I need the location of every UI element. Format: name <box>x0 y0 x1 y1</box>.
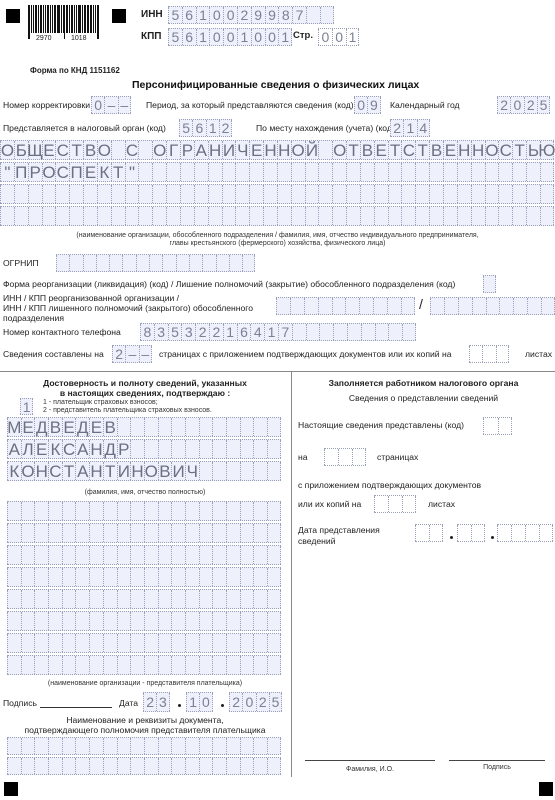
field-cell: – <box>139 346 152 362</box>
field-cell <box>21 568 35 586</box>
ogrnip-field[interactable] <box>56 254 255 272</box>
officer-signature-line[interactable] <box>449 760 545 761</box>
field-cell <box>158 590 172 608</box>
field-cell: 2 <box>219 120 232 136</box>
field-cell: В <box>429 141 443 159</box>
representative-name-row[interactable] <box>7 655 281 675</box>
pages-mid-label: страницах с приложением подтверждающих д… <box>159 350 452 360</box>
field-cell <box>111 185 125 203</box>
field-cell <box>158 758 172 774</box>
representative-name-row[interactable] <box>7 567 281 587</box>
reorg-inn-field[interactable] <box>276 297 415 315</box>
field-cell <box>443 185 457 203</box>
field-cell <box>212 634 226 652</box>
field-cell: В <box>158 462 172 480</box>
field-cell <box>62 634 76 652</box>
field-cell <box>222 163 236 181</box>
signer-name-row[interactable]: МЕДВЕДЕВ <box>7 417 281 437</box>
field-cell <box>130 758 144 774</box>
field-cell <box>235 207 249 225</box>
field-cell <box>171 590 185 608</box>
field-cell <box>144 758 158 774</box>
field-cell: С <box>62 440 76 458</box>
field-cell <box>75 590 89 608</box>
correction-number-field[interactable]: 0–– <box>91 96 131 114</box>
field-cell: О <box>42 163 56 181</box>
field-cell <box>117 524 131 542</box>
field-cell <box>158 546 172 564</box>
field-cell <box>111 141 125 159</box>
field-cell <box>497 525 511 541</box>
representative-name-row[interactable] <box>7 545 281 565</box>
field-cell: А <box>75 440 89 458</box>
field-cell: Т <box>388 141 402 159</box>
field-cell <box>185 612 199 630</box>
calendar-year-field[interactable]: 2025 <box>497 96 550 114</box>
field-cell <box>291 163 305 181</box>
field-cell <box>539 525 553 541</box>
field-cell <box>444 298 458 314</box>
field-cell <box>240 612 254 630</box>
field-cell: С <box>55 141 69 159</box>
field-cell <box>69 207 83 225</box>
field-cell <box>199 418 213 436</box>
field-cell <box>212 738 226 754</box>
field-cell: 0 <box>510 97 523 113</box>
period-code-field[interactable]: 09 <box>354 96 381 114</box>
kpp-label: КПП <box>141 31 161 43</box>
field-cell <box>117 568 131 586</box>
field-cell <box>75 738 89 754</box>
field-cell <box>62 568 76 586</box>
field-cell: Е <box>34 440 48 458</box>
field-cell <box>267 738 281 754</box>
field-cell: 0 <box>209 7 223 23</box>
reorg-kpp-field[interactable] <box>430 297 555 315</box>
field-cell <box>149 255 162 271</box>
field-cell <box>117 634 131 652</box>
field-cell <box>62 502 76 520</box>
field-cell <box>199 440 213 458</box>
field-cell <box>171 758 185 774</box>
field-cell: Е <box>42 141 56 159</box>
field-cell: " <box>125 163 139 181</box>
field-cell <box>185 656 199 674</box>
field-cell <box>62 758 76 774</box>
field-cell <box>144 418 158 436</box>
field-cell: 5 <box>168 29 182 45</box>
field-cell: 5 <box>168 7 182 23</box>
field-cell <box>304 298 318 314</box>
field-cell <box>75 612 89 630</box>
field-cell <box>194 163 208 181</box>
barcode-number-right: 1018 <box>71 35 87 42</box>
field-cell <box>7 612 21 630</box>
corner-marker-top-left <box>6 9 20 23</box>
sheets-received-field[interactable] <box>374 495 416 513</box>
field-cell <box>48 546 62 564</box>
field-cell: 2 <box>237 7 251 23</box>
field-cell <box>526 207 540 225</box>
field-cell <box>117 502 131 520</box>
field-cell: 0 <box>318 29 332 45</box>
field-cell <box>267 418 281 436</box>
barcode-bar <box>87 5 88 33</box>
correction-label: Номер корректировки <box>3 101 90 111</box>
field-cell <box>28 207 42 225</box>
field-cell <box>152 207 166 225</box>
field-cell <box>249 185 263 203</box>
field-cell <box>332 298 346 314</box>
field-cell <box>415 525 429 541</box>
tax-authority-code-field[interactable]: 5612 <box>179 119 232 137</box>
field-cell <box>117 418 131 436</box>
date-separator-dot <box>450 536 453 539</box>
field-cell <box>292 324 306 340</box>
field-cell: В <box>48 418 62 436</box>
field-cell <box>199 568 213 586</box>
field-cell <box>540 163 554 181</box>
sheets-received-label: листах <box>428 500 455 510</box>
reorg-form-code-field[interactable] <box>483 275 496 293</box>
field-cell <box>125 207 139 225</box>
field-cell <box>176 255 189 271</box>
barcode-bar <box>74 5 75 33</box>
field-cell <box>75 546 89 564</box>
field-cell <box>34 546 48 564</box>
field-cell <box>117 656 131 674</box>
field-cell <box>347 324 361 340</box>
field-cell <box>158 656 172 674</box>
barcode-bar <box>84 5 86 33</box>
pages-received-field[interactable] <box>324 448 366 466</box>
field-cell: 2 <box>390 120 403 136</box>
field-cell <box>471 207 485 225</box>
representative-name-row[interactable] <box>7 501 281 521</box>
field-cell <box>144 524 158 542</box>
field-cell <box>7 590 21 608</box>
field-cell <box>158 612 172 630</box>
field-cell <box>103 656 117 674</box>
field-cell <box>240 502 254 520</box>
field-cell: О <box>291 141 305 159</box>
field-cell <box>277 185 291 203</box>
field-cell <box>130 656 144 674</box>
field-cell <box>199 634 213 652</box>
field-cell <box>226 462 240 480</box>
field-cell <box>212 568 226 586</box>
kpp-field[interactable]: 561001001 <box>168 28 292 46</box>
field-cell <box>69 185 83 203</box>
field-cell <box>83 255 96 271</box>
phone-field[interactable]: 83532216417 <box>140 323 416 341</box>
field-cell <box>21 524 35 542</box>
field-cell <box>540 185 554 203</box>
field-cell <box>240 462 254 480</box>
field-cell <box>263 163 277 181</box>
field-cell: 0 <box>354 97 367 113</box>
field-cell: К <box>7 462 21 480</box>
field-cell <box>415 163 429 181</box>
field-cell <box>62 590 76 608</box>
field-cell <box>158 502 172 520</box>
field-cell <box>117 738 131 754</box>
date-month-field[interactable]: 10 <box>186 692 213 712</box>
field-cell <box>253 634 267 652</box>
field-cell <box>0 207 14 225</box>
field-cell <box>429 525 443 541</box>
field-cell <box>226 418 240 436</box>
field-cell <box>56 255 69 271</box>
field-cell <box>185 634 199 652</box>
representative-name-row[interactable] <box>7 523 281 543</box>
field-cell: Н <box>34 462 48 480</box>
field-cell <box>512 207 526 225</box>
field-cell: Н <box>457 141 471 159</box>
attach-label-2: или их копий на <box>298 500 361 510</box>
field-cell: 2 <box>256 693 269 711</box>
field-cell <box>240 590 254 608</box>
signer-code-field[interactable]: 1 <box>20 398 33 415</box>
field-cell <box>471 525 485 541</box>
date-day-field[interactable]: 23 <box>143 692 170 712</box>
field-cell: Т <box>111 163 125 181</box>
field-cell: Д <box>34 418 48 436</box>
field-cell <box>21 738 35 754</box>
field-cell: Р <box>117 440 131 458</box>
signer-name-row[interactable]: АЛЕКСАНДР <box>7 439 281 459</box>
field-cell <box>443 207 457 225</box>
field-cell <box>109 255 122 271</box>
field-cell <box>415 185 429 203</box>
field-cell <box>429 185 443 203</box>
field-cell: К <box>97 163 111 181</box>
barcode-bar <box>57 5 60 33</box>
field-cell <box>199 524 213 542</box>
representative-name-row[interactable] <box>7 633 281 653</box>
barcode-bar <box>54 5 56 33</box>
field-cell: Ч <box>185 462 199 480</box>
field-cell <box>83 207 97 225</box>
field-cell: Й <box>305 141 319 159</box>
field-cell <box>267 546 281 564</box>
field-cell: 2 <box>497 97 510 113</box>
submission-year-field[interactable] <box>497 524 553 542</box>
field-cell <box>486 298 500 314</box>
field-cell <box>14 207 28 225</box>
field-cell <box>130 738 144 754</box>
organization-name-row[interactable]: ОБЩЕСТВОСОГРАНИЧЕННОЙОТВЕТСТВЕННОСТЬЮ <box>0 140 554 160</box>
field-cell <box>171 738 185 754</box>
field-cell: 1 <box>196 7 210 23</box>
submission-date-label-2: сведений <box>298 537 336 547</box>
field-cell <box>276 298 290 314</box>
reorg-form-label: Форма реорганизации (ликвидация) (код) /… <box>3 280 455 290</box>
column-divider <box>291 371 292 777</box>
field-cell <box>240 634 254 652</box>
field-cell <box>240 738 254 754</box>
field-cell <box>346 185 360 203</box>
field-cell <box>471 163 485 181</box>
field-cell <box>305 185 319 203</box>
field-cell <box>48 590 62 608</box>
field-cell: 4 <box>250 324 264 340</box>
field-cell <box>290 298 304 314</box>
field-cell <box>152 185 166 203</box>
field-cell <box>360 163 374 181</box>
field-cell: А <box>194 141 208 159</box>
field-cell <box>144 738 158 754</box>
submission-month-field[interactable] <box>457 524 485 542</box>
field-cell <box>457 525 471 541</box>
field-cell <box>185 568 199 586</box>
field-cell: 8 <box>278 7 292 23</box>
field-cell <box>443 163 457 181</box>
officer-name-line[interactable] <box>305 760 435 761</box>
field-cell <box>75 758 89 774</box>
authority-document-row[interactable] <box>7 737 281 755</box>
signer-name-row[interactable]: КОНСТАНТИНОВИЧ <box>7 461 281 481</box>
field-cell <box>235 163 249 181</box>
inn-label: ИНН <box>141 9 163 21</box>
field-cell: О <box>21 462 35 480</box>
field-cell: – <box>125 346 138 362</box>
organization-name-row[interactable] <box>0 206 554 226</box>
field-cell <box>97 207 111 225</box>
location-code-field[interactable]: 214 <box>390 119 430 137</box>
signature-line[interactable] <box>40 707 112 708</box>
field-cell <box>512 163 526 181</box>
field-cell <box>240 418 254 436</box>
field-cell <box>226 634 240 652</box>
field-cell <box>34 502 48 520</box>
field-cell <box>7 634 21 652</box>
field-cell <box>253 738 267 754</box>
field-cell <box>388 185 402 203</box>
representative-name-row[interactable] <box>7 611 281 631</box>
field-cell <box>249 163 263 181</box>
field-cell <box>171 502 185 520</box>
barcode-bar <box>38 5 39 33</box>
field-cell: О <box>0 141 14 159</box>
field-cell <box>229 255 242 271</box>
authority-document-row[interactable] <box>7 757 281 775</box>
representative-name-row[interactable] <box>7 589 281 609</box>
field-cell <box>430 298 444 314</box>
field-cell: И <box>222 141 236 159</box>
field-cell <box>388 163 402 181</box>
field-cell: П <box>14 163 28 181</box>
inn-field[interactable]: 5610029987 <box>168 6 334 24</box>
field-cell: 2 <box>209 324 223 340</box>
field-cell <box>89 546 103 564</box>
field-cell <box>7 738 21 754</box>
submission-day-field[interactable] <box>415 524 443 542</box>
field-cell: Д <box>75 418 89 436</box>
barcode-bar <box>35 5 37 33</box>
field-cell <box>69 255 82 271</box>
field-cell <box>485 163 499 181</box>
organization-caption-line1: (наименование организации, обособленного… <box>0 232 555 240</box>
field-cell <box>498 418 513 434</box>
section-divider <box>0 371 555 372</box>
field-cell <box>401 185 415 203</box>
field-cell <box>171 524 185 542</box>
field-cell: 1 <box>186 693 199 711</box>
date-separator-dot <box>178 704 181 707</box>
field-cell <box>306 7 320 23</box>
field-cell <box>21 656 35 674</box>
field-cell: В <box>103 418 117 436</box>
field-cell <box>21 590 35 608</box>
field-cell <box>171 612 185 630</box>
field-cell: 3 <box>154 324 168 340</box>
field-cell: Т <box>103 462 117 480</box>
field-cell: Е <box>443 141 457 159</box>
pages-count-field[interactable]: 2–– <box>112 345 152 363</box>
field-cell: 0 <box>265 29 279 45</box>
organization-name-row[interactable] <box>0 184 554 204</box>
field-cell: 5 <box>269 693 282 711</box>
field-cell: 1 <box>264 324 278 340</box>
field-cell: 9 <box>251 7 265 23</box>
field-cell: Л <box>21 440 35 458</box>
field-cell <box>62 612 76 630</box>
field-cell <box>388 207 402 225</box>
barcode-bar <box>78 5 81 33</box>
field-cell <box>75 568 89 586</box>
field-cell: 1 <box>346 29 360 45</box>
field-cell: Т <box>69 141 83 159</box>
field-cell <box>103 590 117 608</box>
attachment-sheets-field[interactable] <box>469 345 509 363</box>
field-cell <box>388 324 402 340</box>
field-cell <box>401 163 415 181</box>
field-cell <box>240 656 254 674</box>
field-cell <box>130 524 144 542</box>
location-label: По месту нахождения (учета) (код) <box>256 124 395 134</box>
field-cell <box>21 612 35 630</box>
organization-name-row[interactable]: "ПРОСПЕКТ" <box>0 162 554 182</box>
field-cell <box>240 568 254 586</box>
field-cell <box>166 207 180 225</box>
field-cell <box>212 418 226 436</box>
field-cell <box>48 656 62 674</box>
field-cell <box>199 546 213 564</box>
field-cell <box>458 298 472 314</box>
submitted-code-field[interactable] <box>483 417 512 435</box>
field-cell <box>212 590 226 608</box>
barcode-number-left: 2970 <box>36 35 52 42</box>
date-year-field[interactable]: 2025 <box>229 692 282 712</box>
field-cell <box>253 440 267 458</box>
field-cell <box>42 185 56 203</box>
field-cell: 9 <box>367 97 380 113</box>
field-cell: 1 <box>223 324 237 340</box>
field-cell <box>212 524 226 542</box>
field-cell <box>360 185 374 203</box>
field-cell: 2 <box>112 346 125 362</box>
page-number-field[interactable]: 001 <box>318 28 359 46</box>
field-cell <box>226 502 240 520</box>
field-cell: 0 <box>223 7 237 23</box>
field-cell <box>34 612 48 630</box>
field-cell <box>144 612 158 630</box>
field-cell <box>21 634 35 652</box>
field-cell <box>125 185 139 203</box>
field-cell <box>199 656 213 674</box>
field-cell <box>375 324 389 340</box>
